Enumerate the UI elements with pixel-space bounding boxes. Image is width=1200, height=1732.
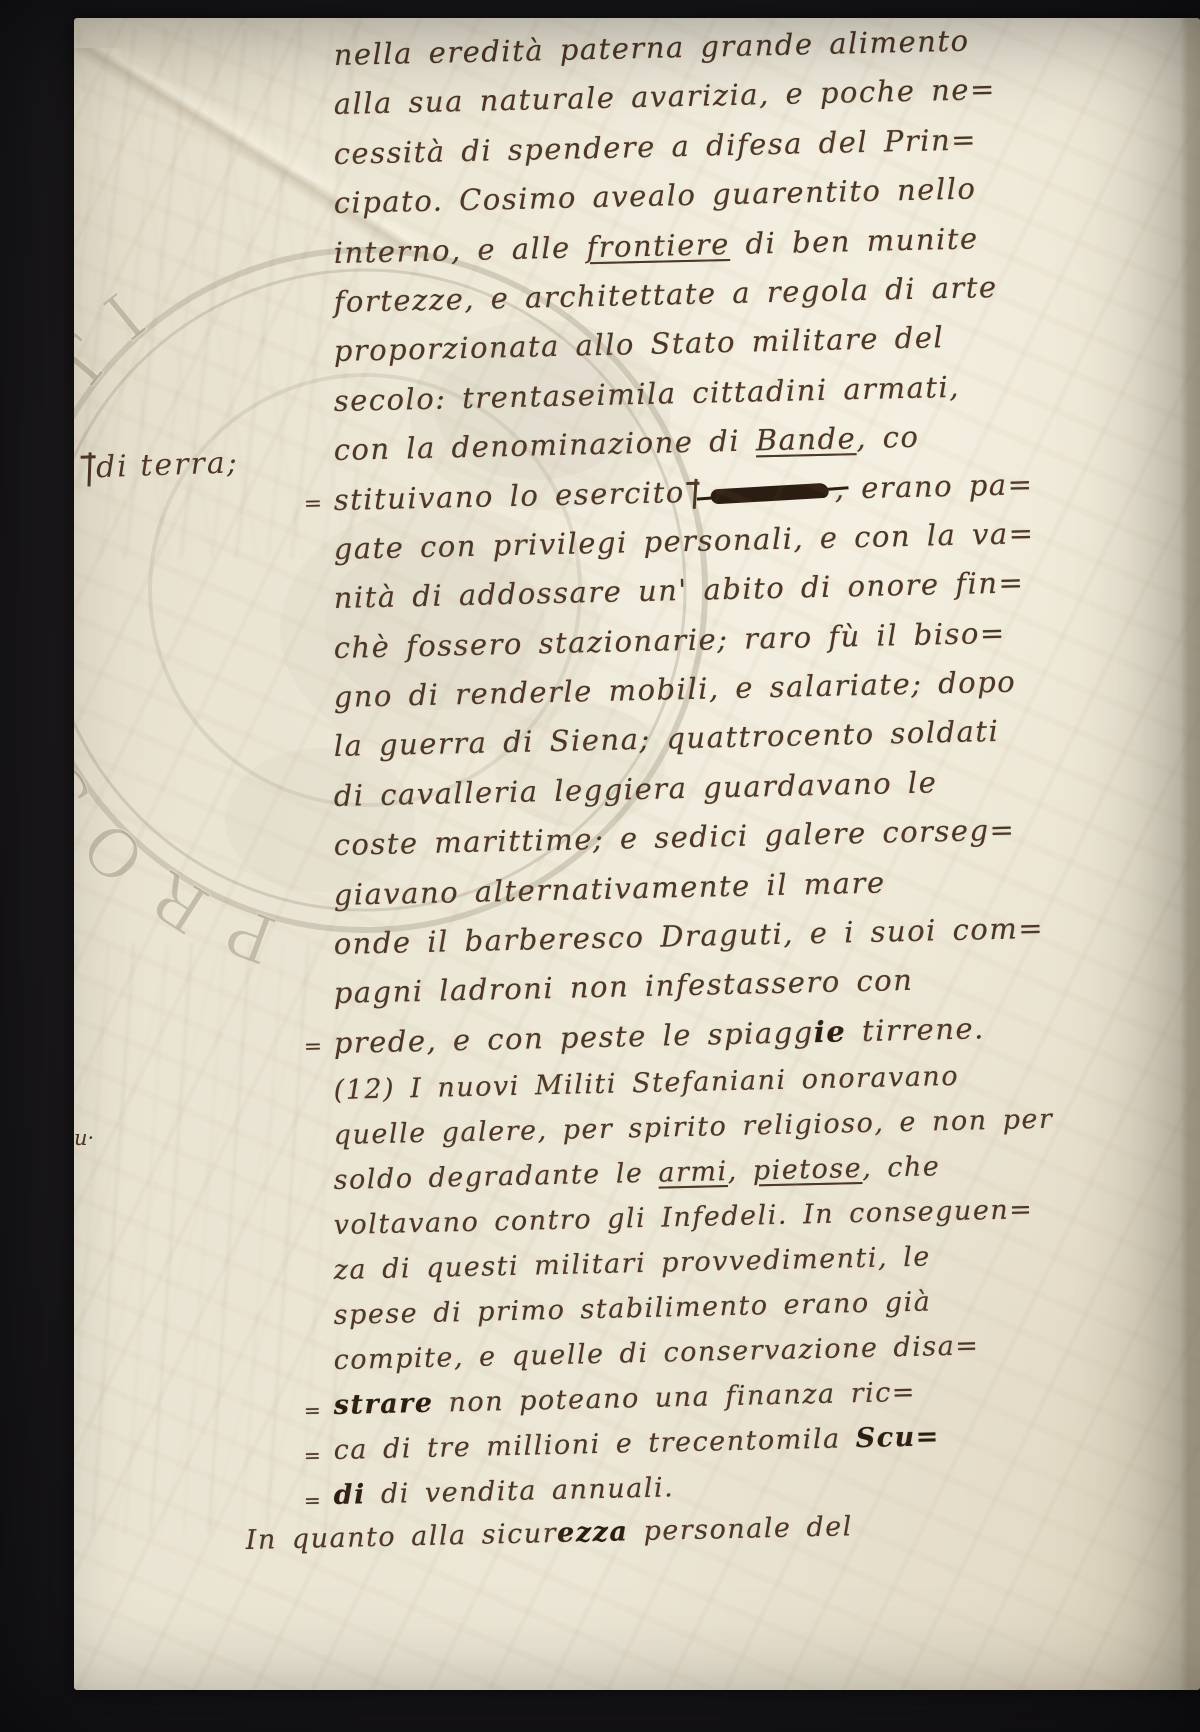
- manuscript-lines: nella eredità paterna grande alimentoall…: [334, 38, 1200, 1570]
- underlined-word: pietose: [752, 1153, 862, 1186]
- text-segment: di ben munite: [729, 221, 979, 261]
- continuation-mark: =: [304, 1488, 323, 1512]
- continuation-mark: =: [304, 1398, 323, 1422]
- text-segment: nella eredità paterna grande alimento: [333, 24, 970, 72]
- underlined-word: Bande: [755, 421, 856, 457]
- continuation-mark: =: [304, 1443, 323, 1467]
- margin-note-text: di terra;: [95, 445, 239, 485]
- overwritten-word: ie: [813, 1014, 846, 1049]
- text-segment: interno, e alle: [333, 230, 587, 270]
- text-segment: ,: [727, 1156, 753, 1188]
- text-segment: , erano pa=: [834, 467, 1033, 506]
- overwritten-word: ezza: [557, 1517, 629, 1550]
- margin-note: di terra;: [79, 445, 239, 487]
- overwritten-word: Scu=: [855, 1421, 940, 1454]
- insertion-caret-icon: [686, 478, 701, 508]
- manuscript-page: PROSPERTATI di terra; u· nella eredità p…: [74, 18, 1200, 1690]
- underlined-word: frontiere: [586, 227, 730, 264]
- text-segment: di vendita annuali.: [366, 1472, 675, 1510]
- text-segment: In quanto alla sicur: [245, 1518, 557, 1556]
- overwritten-word: di: [333, 1479, 366, 1511]
- continuation-mark: =: [304, 491, 324, 516]
- text-segment: , co: [856, 420, 920, 455]
- insertion-caret-icon: [79, 452, 96, 487]
- text-segment: soldo degradante le: [333, 1158, 658, 1196]
- strikeout-blob: [710, 482, 829, 504]
- text-segment: personale del: [628, 1511, 853, 1547]
- continuation-mark: =: [304, 1034, 324, 1059]
- ink-bleedthrough: [74, 943, 339, 1533]
- text-segment: , che: [862, 1151, 941, 1184]
- photograph-background: PROSPERTATI di terra; u· nella eredità p…: [0, 0, 1200, 1732]
- margin-mark: u·: [74, 1126, 94, 1150]
- text-segment: tirrene.: [846, 1011, 985, 1048]
- overwritten-word: strare: [333, 1388, 433, 1421]
- underlined-word: armi: [658, 1156, 728, 1189]
- text-segment: stituivano lo esercito: [333, 475, 685, 517]
